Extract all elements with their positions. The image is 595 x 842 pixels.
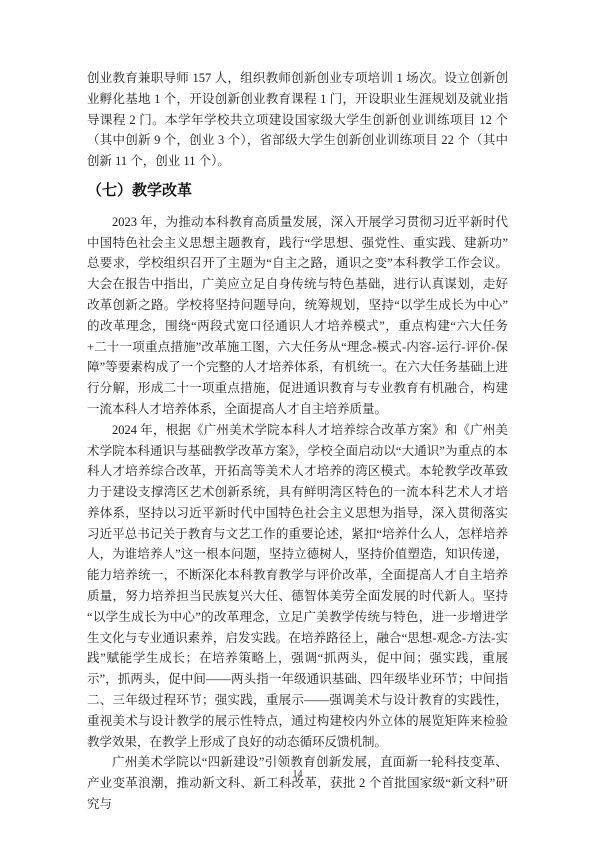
section-paragraph-1: 2023 年，为推动本科教育高质量发展，深入开展学习贯彻习近平新时代中国特色社会… xyxy=(87,212,508,420)
document-page: 创业教育兼职导师 157 人，组织教师创新创业专项培训 1 场次。设立创新创业孵… xyxy=(0,0,595,842)
page-content: 创业教育兼职导师 157 人，组织教师创新创业专项培训 1 场次。设立创新创业孵… xyxy=(87,68,508,815)
section-heading: （七）教学改革 xyxy=(87,182,508,201)
section-paragraph-2: 2024 年，根据《广州美术学院本科人才培养综合改革方案》和《广州美术学院本科通… xyxy=(87,420,508,753)
paragraph-continuation: 创业教育兼职导师 157 人，组织教师创新创业专项培训 1 场次。设立创新创业孵… xyxy=(87,68,508,172)
page-number: 14 xyxy=(0,769,595,780)
section-paragraph-3: 广州美术学院以“四新建设”引领教育创新发展，直面新一轮科技变革、产业变革浪潮，推… xyxy=(87,752,508,814)
